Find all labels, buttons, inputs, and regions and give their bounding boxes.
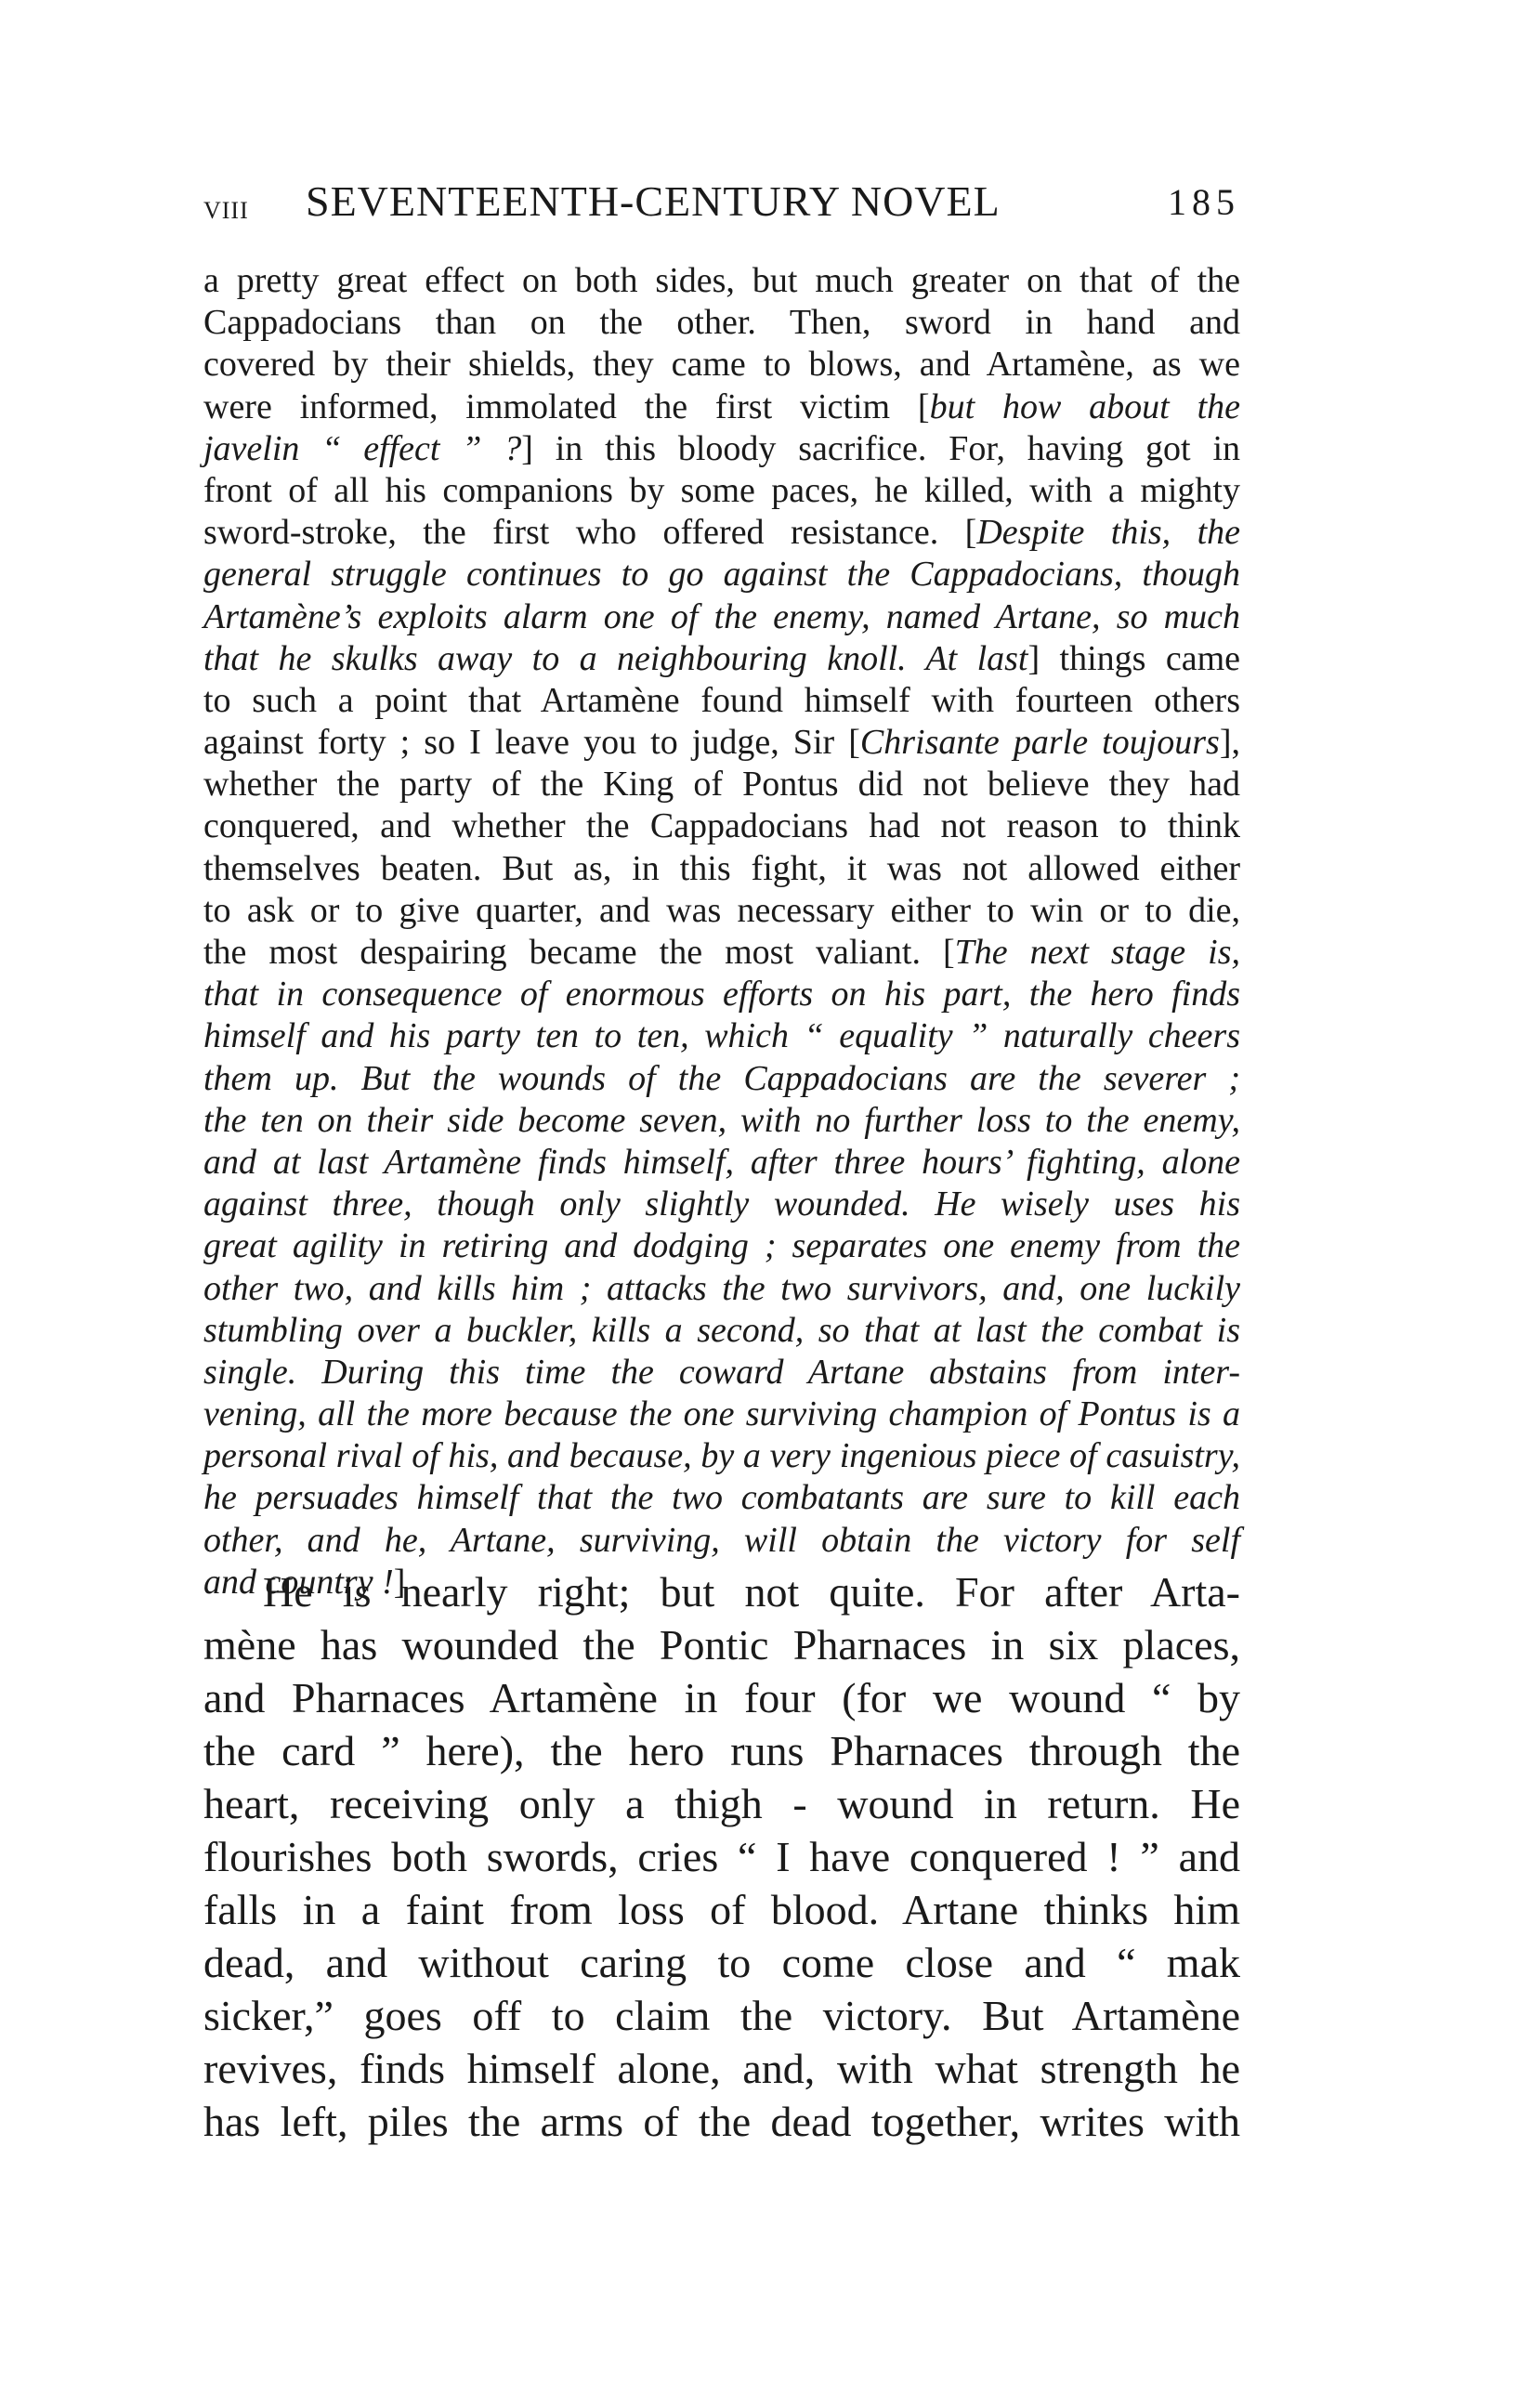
text-line: whether the party of the King of Pontus … [203, 764, 1240, 805]
text-line: has left, piles the arms of the dead tog… [203, 2095, 1240, 2148]
text-run: the most despairing became the most vali… [203, 933, 955, 972]
text-line: vening, all the more because the one sur… [203, 1394, 1240, 1435]
text-line: against three, though only slightly woun… [203, 1184, 1240, 1225]
text-line: were informed, immolated the first victi… [203, 386, 1240, 428]
text-line: general struggle continues to go against… [203, 554, 1240, 595]
italic-run: the ten on their side become seven, with… [203, 1101, 1240, 1140]
text-line: the card ” here), the hero runs Pharnace… [203, 1724, 1240, 1777]
running-header: VIII SEVENTEENTH-CENTURY NOVEL 185 [203, 177, 1240, 232]
text-line: a pretty great effect on both sides, but… [203, 260, 1240, 302]
italic-run: general struggle continues to go against… [203, 555, 1240, 594]
text-line: to such a point that Artamène found hims… [203, 680, 1240, 722]
italic-run: stumbling over a buckler, kills a second… [203, 1311, 1240, 1350]
text-line: falls in a faint from loss of blood. Art… [203, 1883, 1240, 1936]
italic-run: that in consequence of enormous efforts … [203, 975, 1240, 1014]
text-line: conquered, and whether the Cappadocians … [203, 805, 1240, 847]
text-line: heart, receiving only a thigh - wound in… [203, 1777, 1240, 1830]
text-run: ] in this bloody sacrifice. For, having … [521, 429, 1240, 468]
text-run: to such a point that Artamène found hims… [203, 681, 1240, 720]
italic-run: Artamène’s exploits alarm one of the ene… [203, 597, 1240, 636]
text-run: ] things came [1027, 639, 1240, 678]
text-line: sicker,” goes off to claim the victory. … [203, 1989, 1240, 2042]
text-run: Cappadocians than on the other. Then, sw… [203, 303, 1240, 342]
text-line: and Pharnaces Artamène in four (for we w… [203, 1671, 1240, 1724]
italic-run: them up. But the wounds of the Cappadoci… [203, 1059, 1240, 1098]
text-line: that in consequence of enormous efforts … [203, 974, 1240, 1015]
italic-run: that he skulks away to a neighbouring kn… [203, 639, 1027, 678]
italic-run: personal rival of his, and because, by a… [203, 1436, 1240, 1475]
text-line: javelin “ effect ” ?] in this bloody sac… [203, 428, 1240, 470]
text-line: mène has wounded the Pontic Pharnaces in… [203, 1618, 1240, 1671]
text-line: flourishes both swords, cries “ I have c… [203, 1830, 1240, 1883]
text-line: front of all his companions by some pace… [203, 470, 1240, 512]
page-number: 185 [1168, 180, 1240, 224]
italic-run: great agility in retiring and dodging ; … [203, 1226, 1240, 1265]
text-run: against forty ; so I leave you to judge,… [203, 723, 860, 762]
text-line: other, and he, Artane, surviving, will o… [203, 1520, 1240, 1562]
text-line: single. During this time the coward Arta… [203, 1352, 1240, 1394]
text-run: conquered, and whether the Cappadocians … [203, 806, 1240, 845]
italic-run: The next stage is, [955, 933, 1240, 972]
italic-run: Despite this, the [976, 513, 1240, 552]
text-run: covered by their shields, they came to b… [203, 345, 1240, 384]
text-line: himself and his party ten to ten, which … [203, 1015, 1240, 1057]
italic-run: javelin “ effect ” ? [203, 429, 521, 468]
text-line: He is nearly right; but not quite. For a… [203, 1565, 1240, 1618]
text-line: Cappadocians than on the other. Then, sw… [203, 302, 1240, 344]
running-title: SEVENTEENTH-CENTURY NOVEL [306, 177, 1001, 226]
italic-run: and at last Artamène finds himself, afte… [203, 1143, 1240, 1182]
text-line: and at last Artamène finds himself, afte… [203, 1142, 1240, 1184]
text-run: sword-stroke, the first who offered resi… [203, 513, 976, 552]
text-run: to ask or to give quarter, and was neces… [203, 891, 1240, 930]
italic-run: vening, all the more because the one sur… [203, 1394, 1240, 1433]
text-line: he persuades himself that the two combat… [203, 1477, 1240, 1519]
text-run: whether the party of the King of Pontus … [203, 765, 1240, 804]
text-line: stumbling over a buckler, kills a second… [203, 1310, 1240, 1352]
chapter-number: VIII [203, 197, 249, 225]
text-line: to ask or to give quarter, and was neces… [203, 890, 1240, 932]
text-line: other two, and kills him ; attacks the t… [203, 1268, 1240, 1310]
text-line: covered by their shields, they came to b… [203, 344, 1240, 386]
text-line: Artamène’s exploits alarm one of the ene… [203, 596, 1240, 638]
text-line: the most despairing became the most vali… [203, 932, 1240, 974]
text-line: sword-stroke, the first who offered resi… [203, 512, 1240, 554]
text-run: a pretty great effect on both sides, but… [203, 261, 1240, 300]
main-paragraph: He is nearly right; but not quite. For a… [203, 1565, 1240, 2148]
text-line: themselves beaten. But as, in this fight… [203, 848, 1240, 890]
text-line: the ten on their side become seven, with… [203, 1100, 1240, 1142]
text-line: against forty ; so I leave you to judge,… [203, 722, 1240, 764]
italic-run: single. During this time the coward Arta… [203, 1353, 1240, 1392]
text-line: revives, finds himself alone, and, with … [203, 2042, 1240, 2095]
text-line: them up. But the wounds of the Cappadoci… [203, 1058, 1240, 1100]
text-line: that he skulks away to a neighbouring kn… [203, 638, 1240, 680]
italic-run: against three, though only slightly woun… [203, 1184, 1240, 1224]
italic-run: other two, and kills him ; attacks the t… [203, 1269, 1240, 1308]
italic-run: other, and he, Artane, surviving, will o… [203, 1521, 1240, 1560]
italic-run: but how about the [930, 387, 1240, 426]
text-line: personal rival of his, and because, by a… [203, 1435, 1240, 1477]
text-line: dead, and without caring to come close a… [203, 1936, 1240, 1989]
italic-run: he persuades himself that the two combat… [203, 1478, 1240, 1517]
text-run: ], [1220, 723, 1240, 762]
italic-run: Chrisante parle toujours [860, 723, 1220, 762]
text-run: were informed, immolated the first victi… [203, 387, 930, 426]
text-run: themselves beaten. But as, in this fight… [203, 849, 1240, 888]
italic-run: himself and his party ten to ten, which … [203, 1016, 1240, 1055]
text-line: great agility in retiring and dodging ; … [203, 1225, 1240, 1267]
summary-paragraph: a pretty great effect on both sides, but… [203, 260, 1240, 1603]
text-run: front of all his companions by some pace… [203, 471, 1240, 510]
